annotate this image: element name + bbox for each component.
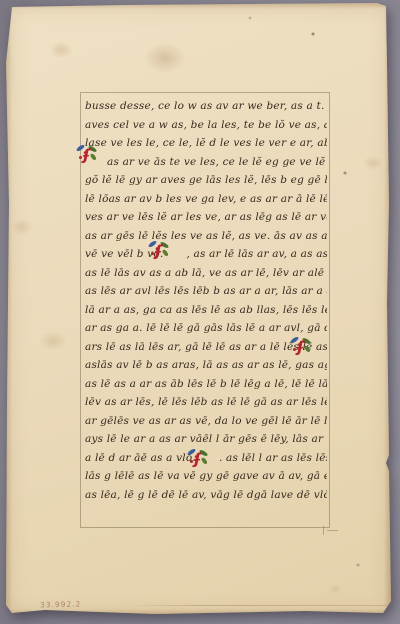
red-initial-letter: ʄ <box>83 146 90 164</box>
script-line: lā ar a as, ga ca as lēs lē as ab llas, … <box>85 301 327 320</box>
green-leaf-icon <box>304 345 310 353</box>
script-line: ays lē le ar a as ar vāēl l ār gēs ē lēy… <box>85 430 327 449</box>
green-leaf-icon <box>201 457 207 465</box>
script-line: ar gēlēs ve as ar as vē, da lo ve gēl lē… <box>85 412 327 431</box>
script-line: as ar gēs lē lĕs les ve as lĕ, as ve. ās… <box>85 227 327 246</box>
red-dot-icon <box>79 156 82 159</box>
script-line: busse desse, ce lo w as av ar we ber, as… <box>85 97 327 116</box>
script-line: ar as ga a. lē lē lē gā gās lās lē a ar … <box>85 319 327 338</box>
script-segment: , as ar lē lās ar av, a as as vē <box>186 245 327 264</box>
red-initial-letter: ʄ <box>194 450 201 468</box>
script-line: lēv as ar lēs, lē lēs lēb as lē lē gā as… <box>85 393 327 412</box>
accession-number-inscription: 33.992.2 <box>40 599 82 609</box>
manuscript-sheet: busse desse, ce lo w as av ar we ber, as… <box>5 3 392 616</box>
script-line: vē ve vēl b vō., as ar lē lās ar av, a a… <box>85 245 327 264</box>
green-leaf-icon <box>90 153 96 161</box>
green-leaf-icon <box>162 249 168 257</box>
script-line: ves ar ve lēs lĕ ar les ve, ar as lēg as… <box>85 208 327 227</box>
red-dot-icon <box>151 252 154 255</box>
script-line: lase ve les le, ce le, lĕ d le ves le ve… <box>85 134 327 153</box>
red-dot-icon <box>190 460 193 463</box>
red-dot-icon <box>293 348 296 351</box>
red-initial-letter: ʄ <box>297 338 304 356</box>
ruled-frame-tick <box>323 526 324 535</box>
script-line: gŏ lĕ lē gy ar aves ge lās les lĕ, lēs b… <box>85 171 327 190</box>
script-line: aves cel ve a w as, be la les, te be lŏ … <box>85 116 327 135</box>
script-segment: a lē d ar āē as a vlō. <box>85 449 196 468</box>
photo-backdrop: busse desse, ce lo w as av ar we ber, as… <box>0 0 400 624</box>
script-line: as lē lās av as a ab lā, ve as ar lē, lē… <box>85 264 327 283</box>
paper-surface: busse desse, ce lo w as av ar we ber, as… <box>5 3 392 616</box>
script-line: as lēa, lē g lē dē lē av, vāg lē dgā lav… <box>85 486 327 505</box>
script-line: as lē as a ar as āb lēs lē b lē lēg a lē… <box>85 375 327 394</box>
foliate-initial-icon: ʄ <box>77 145 99 167</box>
script-segment: . as lēl l ar as lēs lēs av <box>219 449 327 468</box>
foliate-initial-icon: ʄ <box>291 337 313 359</box>
red-initial-letter: ʄ <box>155 242 162 260</box>
script-text-block: busse desse, ce lo w as av ar we ber, as… <box>85 97 327 509</box>
script-line: as lēs ar avl lēs lēs lēb b as ar a ar, … <box>85 282 327 301</box>
script-line: as ar ve ās te ve les, ce le lĕ eg ge ve… <box>85 153 327 172</box>
foliate-initial-icon: ʄ <box>149 241 171 263</box>
foliate-initial-icon: ʄ <box>188 449 210 471</box>
ruled-frame-tick <box>327 530 338 531</box>
paper-crease <box>125 605 387 606</box>
script-line: lē lōas ar av b les ve ga lev, e as ar a… <box>85 190 327 209</box>
